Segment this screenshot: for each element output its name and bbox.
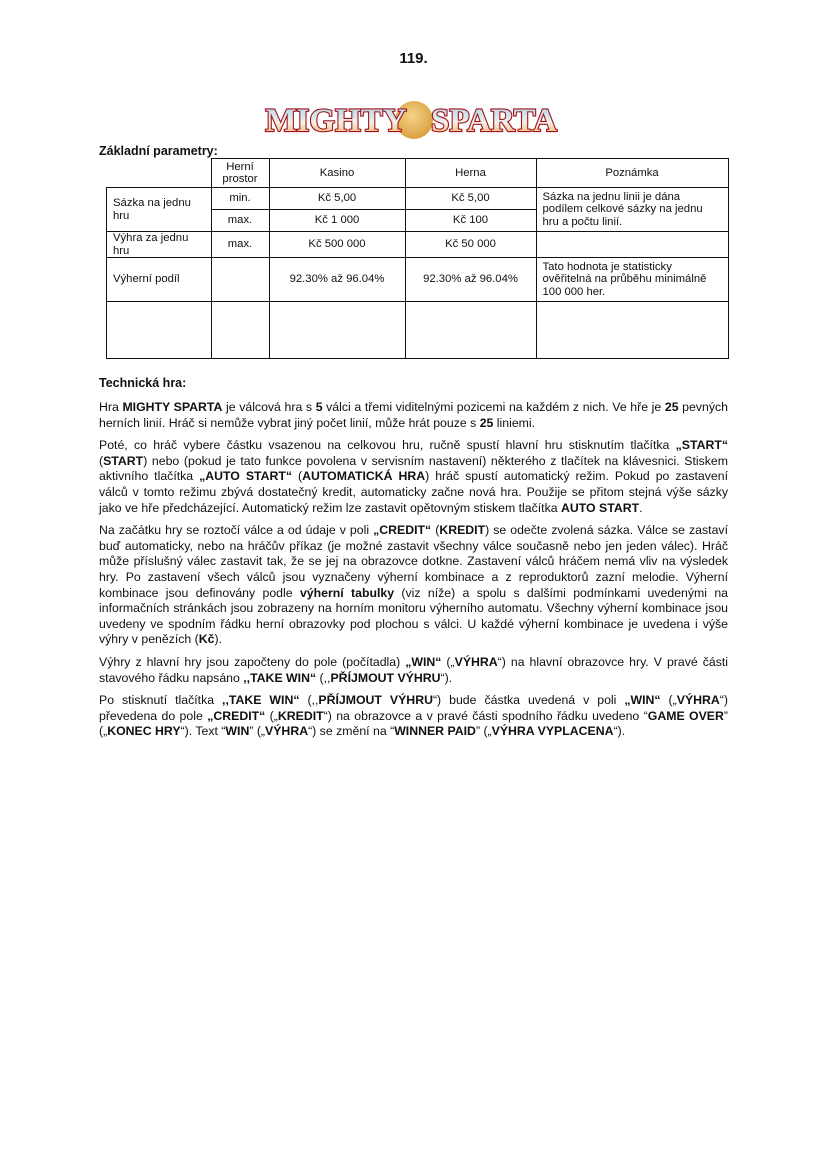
row-kasino: 92.30% až 96.04%	[269, 258, 405, 302]
bold-term: AUTO START	[561, 501, 639, 515]
text-run: Výhry z hlavní hry jsou započteny do pol…	[99, 655, 405, 669]
table-row	[107, 302, 729, 359]
text-run: („	[661, 693, 677, 707]
header-herni-prostor: Herní prostor	[211, 159, 269, 188]
bold-term: „CREDIT“	[207, 709, 265, 723]
table-row: Sázka na jednu hru min. Kč 5,00 Kč 5,00 …	[107, 188, 729, 210]
tech-paragraph: Výhry z hlavní hry jsou započteny do pol…	[99, 655, 728, 686]
header-empty	[107, 159, 212, 188]
row-herna: Kč 50 000	[405, 232, 536, 258]
row-sub: max.	[211, 210, 269, 232]
text-run: “) bude částka uvedená v poli	[433, 693, 624, 707]
bold-term: KONEC HRY	[107, 724, 180, 738]
tech-body: Hra MIGHTY SPARTA je válcová hra s 5 vál…	[99, 400, 728, 747]
row-kasino: Kč 5,00	[269, 188, 405, 210]
bold-term: „CREDIT“	[373, 523, 431, 537]
text-run: („	[441, 655, 454, 669]
bold-term: WINNER PAID	[394, 724, 476, 738]
bold-term: KREDIT	[278, 709, 324, 723]
bold-term: „WIN“	[624, 693, 660, 707]
bold-term: MIGHTY SPARTA	[122, 400, 222, 414]
header-herna: Herna	[405, 159, 536, 188]
header-poznamka: Poznámka	[536, 159, 728, 188]
text-run: “). Text “	[181, 724, 226, 738]
text-run: “).	[440, 671, 452, 685]
text-run: (	[292, 469, 302, 483]
text-run: („	[265, 709, 278, 723]
tech-paragraph: Hra MIGHTY SPARTA je válcová hra s 5 vál…	[99, 400, 728, 431]
table-header-row: Herní prostor Kasino Herna Poznámka	[107, 159, 729, 188]
row-label: Výhra za jednu hru	[107, 232, 212, 258]
row-kasino	[269, 302, 405, 359]
text-run: ).	[215, 632, 223, 646]
bold-term: Kč	[199, 632, 215, 646]
bold-term: PŘÍJMOUT VÝHRU	[318, 693, 433, 707]
bold-term: AUTOMATICKÁ HRA	[302, 469, 425, 483]
svg-text:MIGHTY: MIGHTY	[265, 103, 406, 139]
logo-graphic: MIGHTY SPARTA	[258, 98, 568, 142]
tech-paragraph: Poté, co hráč vybere částku vsazenou na …	[99, 438, 728, 516]
row-sub: max.	[211, 232, 269, 258]
bold-term: START	[103, 454, 143, 468]
text-run: Poté, co hráč vybere částku vsazenou na …	[99, 438, 676, 452]
bold-term: „START“	[676, 438, 728, 452]
svg-text:SPARTA: SPARTA	[431, 103, 557, 139]
text-run: je válcová hra s	[222, 400, 315, 414]
table-row: Výherní podíl 92.30% až 96.04% 92.30% až…	[107, 258, 729, 302]
row-herna: Kč 100	[405, 210, 536, 232]
row-kasino: Kč 1 000	[269, 210, 405, 232]
row-herna: Kč 5,00	[405, 188, 536, 210]
bold-term: 25	[480, 416, 494, 430]
text-run: ” („	[249, 724, 265, 738]
mighty-sparta-logo: MIGHTY SPARTA	[258, 98, 568, 142]
tech-paragraph: Na začátku hry se roztočí válce a od úda…	[99, 523, 728, 648]
text-run: válci a třemi viditelnými pozicemi na ka…	[323, 400, 665, 414]
row-sub	[211, 302, 269, 359]
bold-term: KREDIT	[439, 523, 485, 537]
row-label	[107, 302, 212, 359]
row-herna: 92.30% až 96.04%	[405, 258, 536, 302]
row-sub	[211, 258, 269, 302]
bold-term: 5	[316, 400, 323, 414]
bold-term: výherní tabulky	[300, 586, 394, 600]
row-note: Sázka na jednu linii je dána podílem cel…	[536, 188, 728, 232]
table-row: Výhra za jednu hru max. Kč 500 000 Kč 50…	[107, 232, 729, 258]
text-run: “) se změní na “	[308, 724, 394, 738]
row-note	[536, 232, 728, 258]
tech-paragraph: Po stisknutí tlačítka ,,TAKE WIN“ (,,PŘÍ…	[99, 693, 728, 740]
row-label: Sázka na jednu hru	[107, 188, 212, 232]
bold-term: VÝHRA	[265, 724, 308, 738]
text-run: ” („	[476, 724, 492, 738]
row-label: Výherní podíl	[107, 258, 212, 302]
text-run: (,,	[299, 693, 318, 707]
text-run: liniemi.	[493, 416, 535, 430]
bold-term: GAME OVER	[648, 709, 724, 723]
row-sub: min.	[211, 188, 269, 210]
header-kasino: Kasino	[269, 159, 405, 188]
row-herna	[405, 302, 536, 359]
bold-term: 25	[665, 400, 679, 414]
bold-term: WIN	[225, 724, 249, 738]
text-run: (,,	[316, 671, 330, 685]
row-note	[536, 302, 728, 359]
text-run: .	[639, 501, 642, 515]
text-run: Hra	[99, 400, 122, 414]
text-run: “).	[614, 724, 626, 738]
tech-section-title: Technická hra:	[99, 376, 186, 390]
params-section-title: Základní parametry:	[99, 144, 218, 158]
text-run: Na začátku hry se roztočí válce a od úda…	[99, 523, 373, 537]
bold-term: „WIN“	[405, 655, 441, 669]
bold-term: ,,TAKE WIN“	[243, 671, 316, 685]
text-run: “) na obrazovce a v pravé části spodního…	[324, 709, 648, 723]
bold-term: ,,TAKE WIN“	[222, 693, 299, 707]
parameters-table: Herní prostor Kasino Herna Poznámka Sázk…	[106, 158, 729, 359]
bold-term: „AUTO START“	[199, 469, 292, 483]
row-kasino: Kč 500 000	[269, 232, 405, 258]
bold-term: VÝHRA	[455, 655, 498, 669]
bold-term: PŘÍJMOUT VÝHRU	[330, 671, 440, 685]
bold-term: VÝHRA VYPLACENA	[492, 724, 614, 738]
bold-term: VÝHRA	[677, 693, 720, 707]
row-note: Tato hodnota je statisticky ověřitelná n…	[536, 258, 728, 302]
text-run: Po stisknutí tlačítka	[99, 693, 222, 707]
page-number: 119.	[0, 50, 827, 67]
